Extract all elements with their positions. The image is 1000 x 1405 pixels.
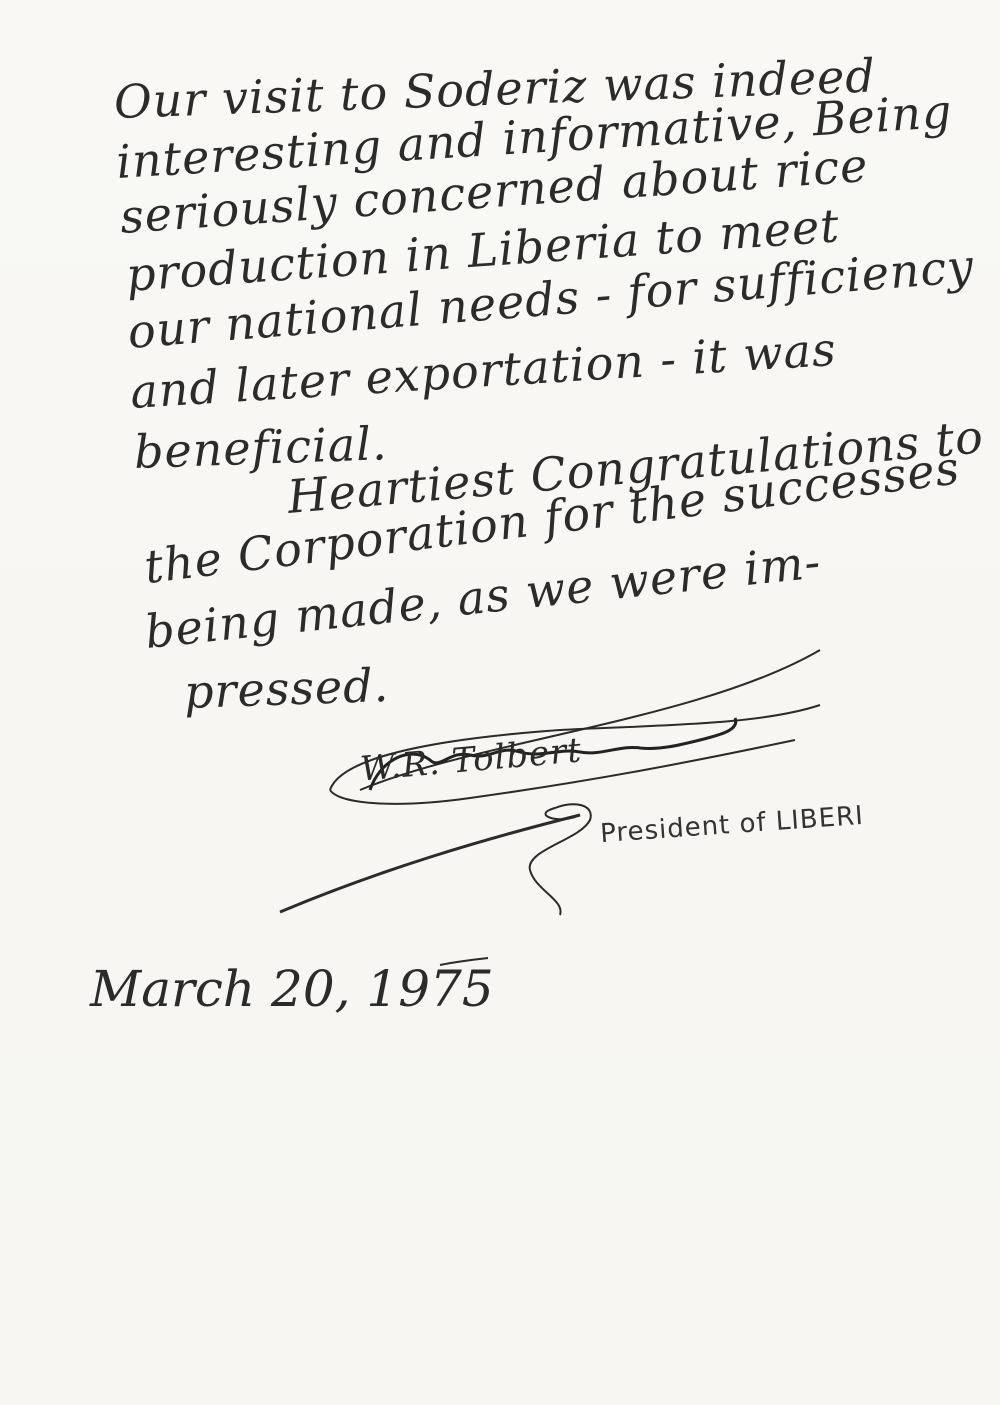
letter-date: March 20, 1975 (90, 960, 494, 1018)
letter-line-11: pressed. (183, 658, 390, 719)
signature: W.R. Tolbert (359, 730, 584, 789)
letter-page: Our visit to Soderiz was indeed interest… (0, 0, 1000, 1405)
signatory-title: President of LIBERI (599, 801, 864, 849)
